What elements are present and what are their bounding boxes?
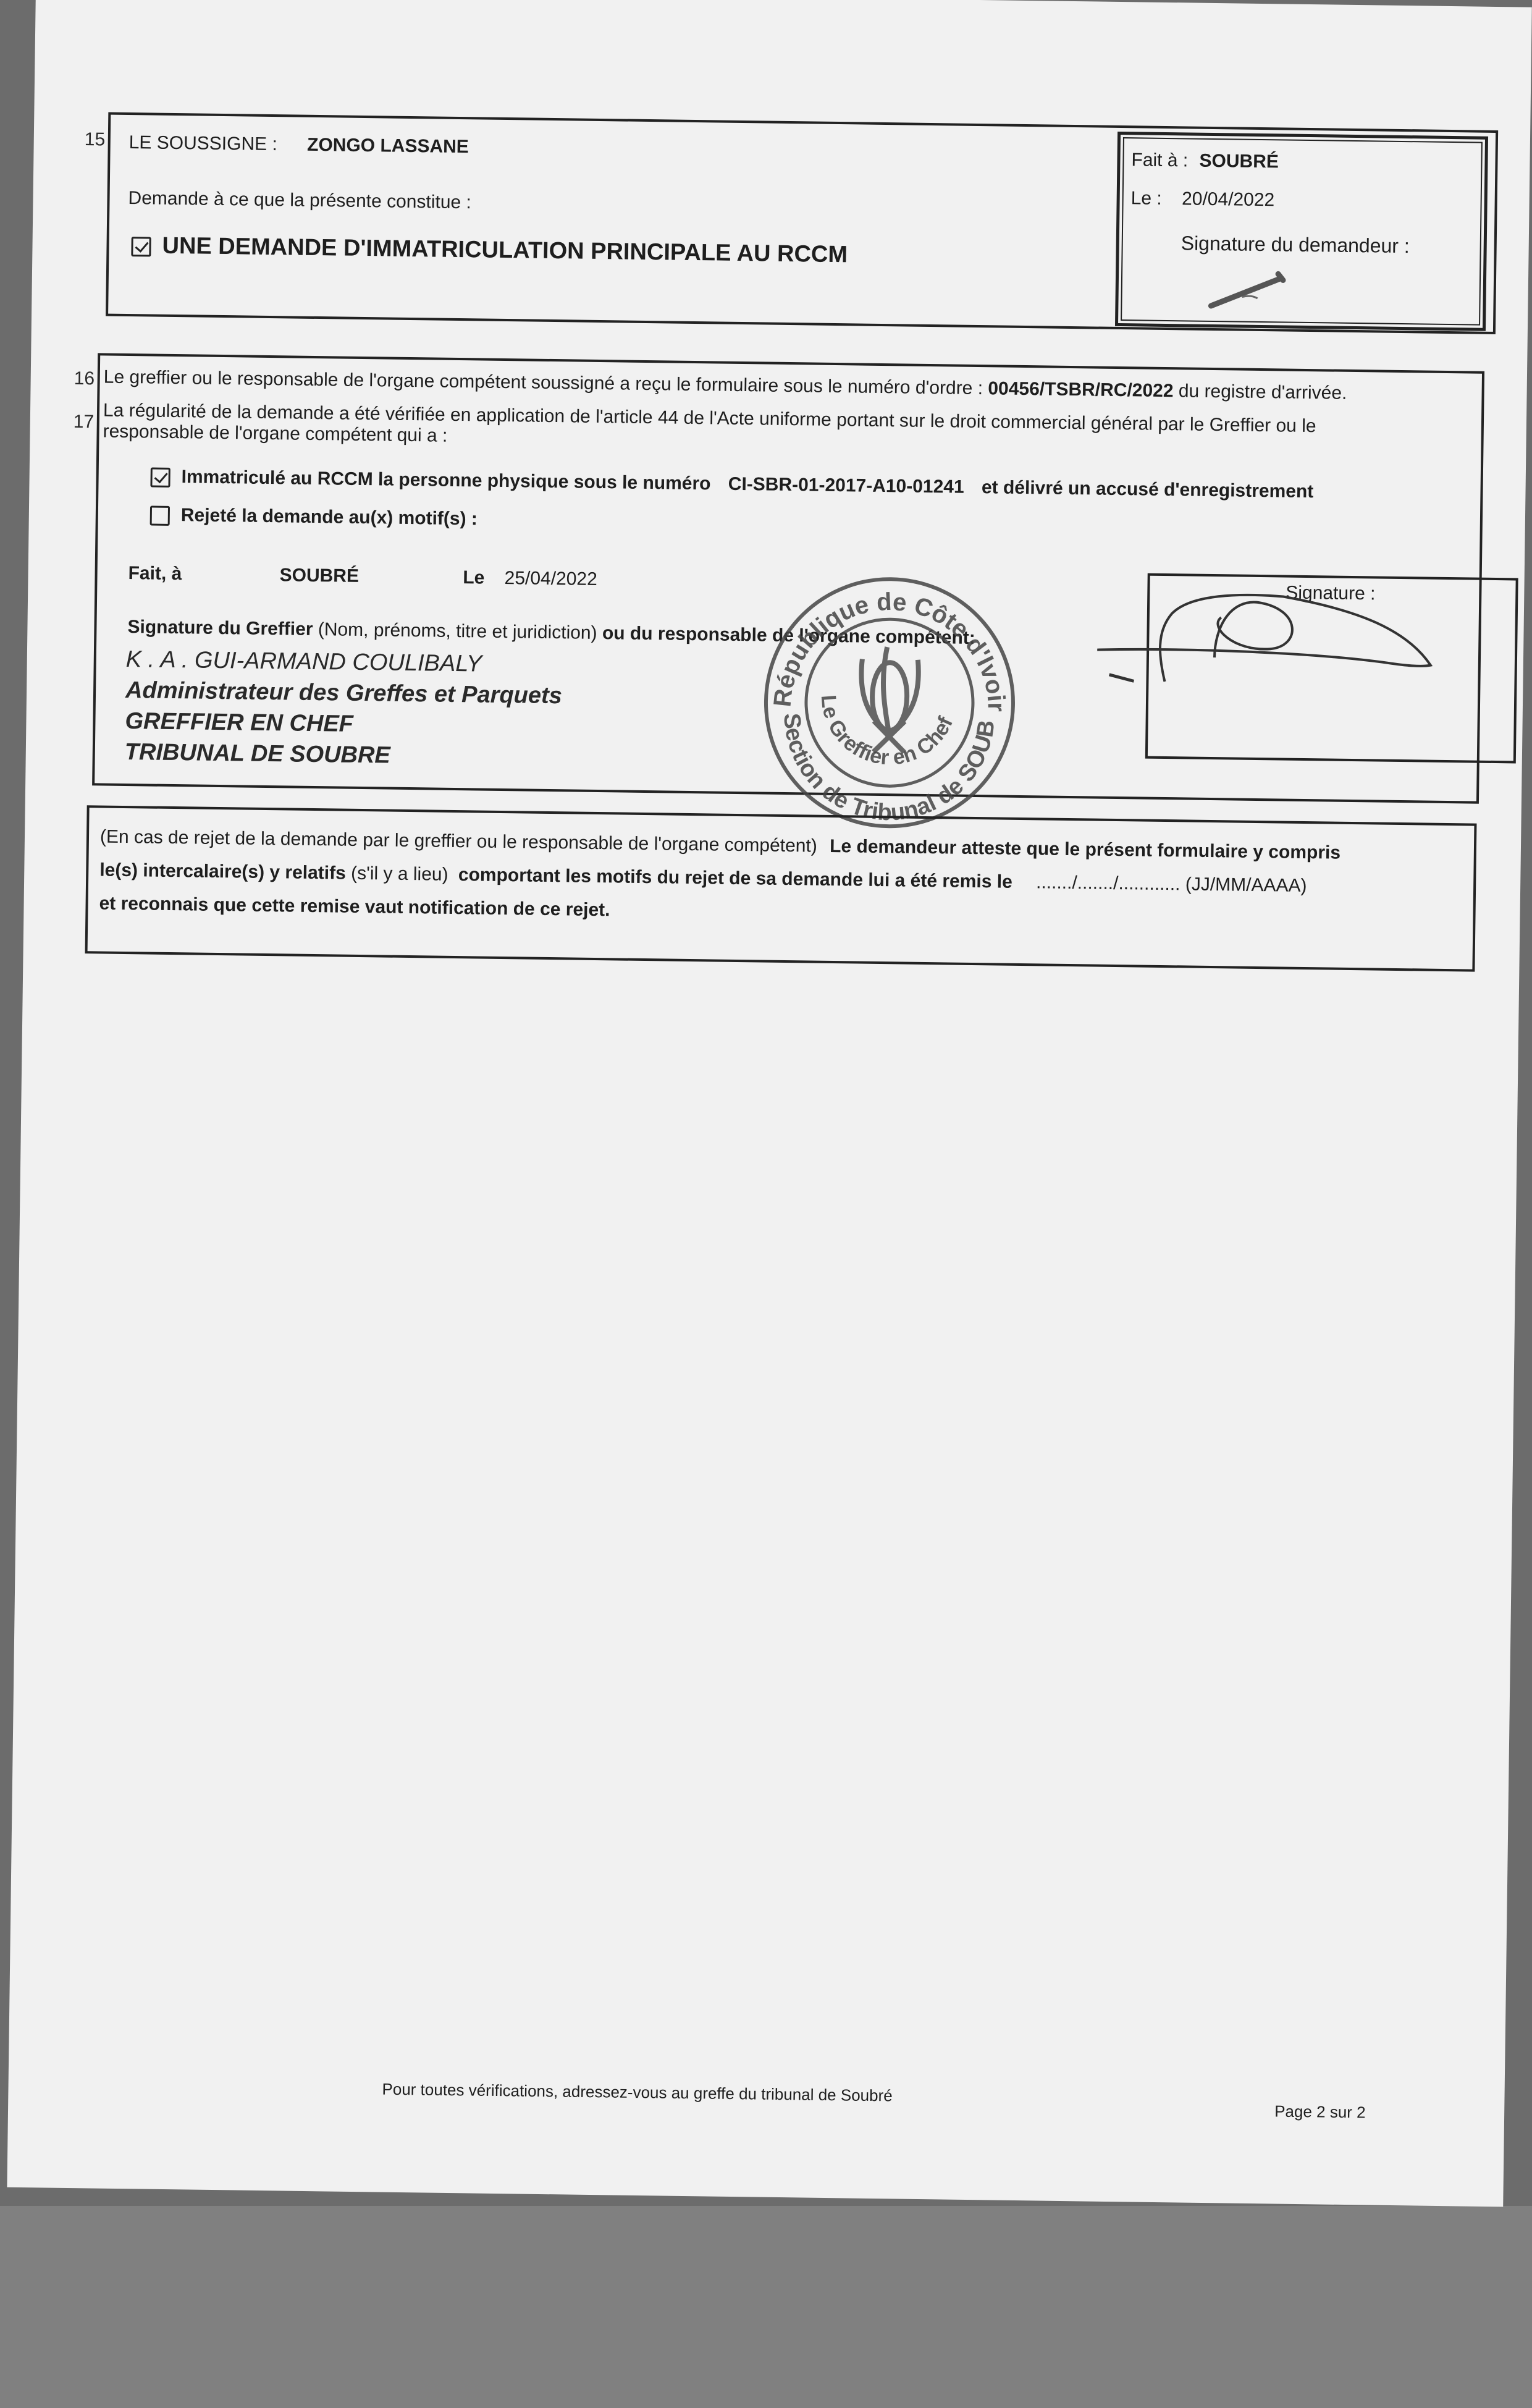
applicant-date-value: 20/04/2022 <box>1182 188 1275 210</box>
rejection-date-field[interactable]: ......./......./............ <box>1036 872 1181 894</box>
request-type-label: UNE DEMANDE D'IMMATRICULATION PRINCIPALE… <box>162 233 848 268</box>
rejection-delivered: comportant les motifs du rejet de sa dem… <box>458 864 1012 892</box>
applicant-place-value: SOUBRÉ <box>1199 151 1279 172</box>
page-number: Page 2 sur 2 <box>1274 2102 1366 2123</box>
registered-text-before: Immatriculé au RCCM la personne physique… <box>181 467 710 494</box>
rejection-notice-box: (En cas de rejet de la demande par le gr… <box>85 805 1477 971</box>
clerk-signature-label: Signature du Greffier <box>127 617 313 640</box>
applicant-date-row: Le : 20/04/2022 <box>1130 188 1274 211</box>
rejection-line-3: et reconnais que cette remise vaut notif… <box>99 893 610 921</box>
clerk-court: TRIBUNAL DE SOUBRE <box>125 739 391 769</box>
registered-checkbox[interactable] <box>150 468 170 488</box>
clerk-signature-hint: (Nom, prénoms, titre et juridiction) <box>318 619 597 643</box>
option-registered-row: Immatriculé au RCCM la personne physique… <box>150 466 1313 502</box>
rejection-date-format: (JJ/MM/AAAA) <box>1185 874 1307 896</box>
request-intro: Demande à ce que la présente constitue : <box>128 188 471 213</box>
verification-line-2: responsable de l'organe compétent qui a … <box>103 421 447 446</box>
request-type-checkbox[interactable] <box>131 237 151 256</box>
applicant-signature-label: Signature du demandeur : <box>1181 232 1410 258</box>
clerk-name: K . A . GUI-ARMAND COULIBALY <box>125 646 482 678</box>
applicant-place-label: Fait à : <box>1131 150 1188 171</box>
applicant-date-label: Le : <box>1130 188 1161 209</box>
reception-text-before: Le greffier ou le responsable de l'organ… <box>104 366 983 399</box>
request-type-row: UNE DEMANDE D'IMMATRICULATION PRINCIPALE… <box>131 232 848 268</box>
section-number-17: 17 <box>74 412 95 433</box>
rejected-text: Rejeté la demande au(x) motif(s) : <box>181 505 478 529</box>
document-page: 15 LE SOUSSIGNE : ZONGO LASSANE Demande … <box>7 0 1531 2207</box>
clerk-role: GREFFIER EN CHEF <box>125 708 353 738</box>
clerk-place-row: Fait, à SOUBRÉ Le 25/04/2022 <box>128 563 597 590</box>
rccm-number: CI-SBR-01-2017-A10-01241 <box>728 474 964 497</box>
court-seal-stamp: République de Côte d'Ivoire Section de T… <box>752 565 1027 840</box>
rejection-intercalaires: le(s) intercalaire(s) y relatifs <box>99 860 346 883</box>
footer-verification-note: Pour toutes vérifications, adressez-vous… <box>382 2080 893 2106</box>
clerk-handwritten-signature <box>1096 588 1481 698</box>
section-15-box: LE SOUSSIGNE : ZONGO LASSANE Demande à c… <box>106 112 1498 334</box>
order-number: 00456/TSBR/RC/2022 <box>988 378 1174 401</box>
clerk-place-value: SOUBRÉ <box>279 565 359 586</box>
clerk-date-value: 25/04/2022 <box>504 568 597 589</box>
seal-emblem-icon <box>861 647 919 753</box>
applicant-signature-box: Fait à : SOUBRÉ Le : 20/04/2022 Signatur… <box>1115 132 1488 331</box>
rejection-intro: (En cas de rejet de la demande par le gr… <box>100 826 817 856</box>
rejection-if-applicable: (s'il y a lieu) <box>351 863 448 885</box>
option-rejected-row: Rejeté la demande au(x) motif(s) : <box>150 504 478 530</box>
rejection-line-2: le(s) intercalaire(s) y relatifs (s'il y… <box>99 860 1307 897</box>
clerk-title: Administrateur des Greffes et Parquets <box>125 677 562 709</box>
undersigned-row: LE SOUSSIGNE : ZONGO LASSANE <box>129 132 469 158</box>
applicant-signature-mark <box>1205 266 1292 316</box>
undersigned-label: LE SOUSSIGNE : <box>129 132 277 154</box>
clerk-date-label: Le <box>463 567 484 588</box>
section-16-17-box: Le greffier ou le responsable de l'organ… <box>92 353 1484 803</box>
rejection-line-1: (En cas de rejet de la demande par le gr… <box>100 826 1340 863</box>
reception-text-after: du registre d'arrivée. <box>1179 381 1347 403</box>
section-number-15: 15 <box>85 129 106 150</box>
clerk-place-label: Fait, à <box>128 563 182 584</box>
reception-line: Le greffier ou le responsable de l'organ… <box>104 366 1347 403</box>
rejection-attest: Le demandeur atteste que le présent form… <box>830 836 1340 863</box>
applicant-place-row: Fait à : SOUBRÉ <box>1131 150 1279 172</box>
section-number-16: 16 <box>74 368 95 389</box>
registered-text-after: et délivré un accusé d'enregistrement <box>982 477 1314 502</box>
rejected-checkbox[interactable] <box>150 506 170 526</box>
undersigned-name: ZONGO LASSANE <box>307 135 469 157</box>
